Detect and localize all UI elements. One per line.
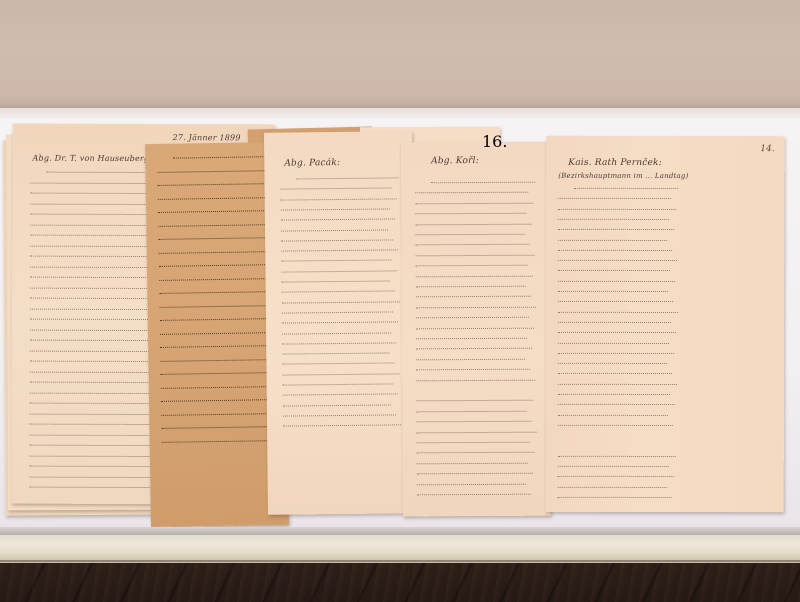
handwriting-line [416, 286, 526, 288]
handwriting-line [558, 219, 669, 220]
manuscript-sheet-4: Abg. Kořl: [401, 142, 551, 517]
handwriting-line [283, 383, 393, 385]
handwriting-line [417, 452, 535, 454]
handwriting-line [415, 192, 528, 194]
sheet-date: 27. Jänner 1899 [173, 133, 241, 142]
handwriting-line [558, 342, 669, 343]
handwriting-line [281, 198, 397, 200]
handwriting-line [417, 494, 531, 496]
handwriting-line [416, 275, 533, 277]
handwriting-line [158, 183, 276, 186]
handwriting-line [159, 278, 276, 281]
handwriting-line [283, 414, 396, 416]
handwriting-line [161, 386, 270, 389]
case-rail-shadow [0, 527, 800, 535]
display-case-rail [0, 535, 800, 562]
handwriting-line [558, 208, 676, 209]
handwriting-line [161, 372, 277, 375]
handwriting-line [558, 322, 671, 323]
handwriting-line [162, 440, 279, 443]
handwriting-line [416, 265, 528, 267]
page-number: 14. [760, 144, 774, 154]
handwriting-line [160, 318, 280, 321]
handwriting-line [416, 327, 534, 329]
manuscript-sheet-5: 14. Kais. Rath Pernček: (Bezirkshauptman… [546, 136, 785, 512]
handwriting-line [159, 251, 278, 254]
handwriting-line [157, 170, 270, 173]
handwriting-line [558, 229, 674, 230]
handwriting-line [558, 414, 668, 415]
handwriting-line [558, 404, 675, 405]
handwriting-line [416, 369, 530, 371]
handwriting-line [282, 311, 393, 313]
sheet-heading: Abg. Pacák: [284, 158, 340, 169]
handwriting-line [558, 260, 677, 261]
handwriting-line [29, 476, 168, 477]
handwriting-line [281, 249, 398, 251]
handwriting-line [431, 182, 535, 184]
handwriting-line [558, 373, 672, 374]
handwriting-line [282, 353, 389, 355]
manuscript-sheet-3: Abg. Pacák: [264, 131, 416, 515]
handwriting-line [282, 363, 394, 365]
handwriting-line [283, 404, 391, 406]
handwriting-line [558, 353, 674, 354]
sheet-heading: Kais. Rath Pernček: [568, 158, 662, 168]
handwriting-line [158, 197, 269, 200]
handwriting-line [558, 363, 667, 364]
handwriting-line [417, 442, 530, 444]
handwriting-line [415, 202, 533, 204]
handwriting-line [283, 394, 398, 396]
handwriting-line [558, 270, 670, 271]
handwriting-line [415, 213, 526, 215]
handwriting-line [282, 342, 396, 344]
handwriting-line [417, 473, 533, 475]
handwriting-line [281, 260, 391, 262]
handwriting-line [416, 359, 525, 361]
handwriting-line [281, 208, 390, 210]
handwriting-line [161, 399, 275, 402]
handwriting-line [416, 379, 535, 381]
handwriting-line [558, 497, 672, 498]
handwriting-line [416, 411, 526, 413]
handwriting-line [160, 332, 273, 335]
handwriting-line [416, 306, 536, 308]
handwriting-line [158, 224, 267, 227]
handwriting-line [558, 487, 667, 488]
handwriting-line [558, 476, 674, 477]
handwriting-line [558, 198, 671, 199]
handwriting-line [558, 384, 677, 385]
handwriting-line [282, 291, 395, 293]
handwriting-line [281, 188, 392, 190]
handwriting-line [417, 483, 526, 485]
sheet-heading: Abg. Kořl: [431, 156, 479, 166]
handwriting-line [558, 456, 676, 457]
wooden-floor [0, 563, 800, 602]
handwriting-line [416, 234, 525, 236]
handwriting-line [281, 219, 395, 221]
handwriting-line [416, 244, 530, 246]
handwriting-line [161, 413, 280, 416]
handwriting-line [282, 280, 390, 282]
page-number: 16. [482, 132, 507, 151]
handwriting-line [558, 291, 668, 292]
handwriting-line [416, 400, 533, 402]
handwriting-line [160, 345, 278, 348]
handwriting-line [417, 431, 537, 433]
handwriting-line [558, 394, 670, 395]
handwriting-line [283, 373, 400, 375]
sheet-heading: Abg. Dr. T. von Hauseuberger: [33, 154, 162, 163]
handwriting-line [558, 425, 673, 426]
gallery-wall [0, 0, 800, 112]
handwriting-line [415, 223, 531, 225]
handwriting-line [281, 239, 393, 241]
sheet-subheading: (Bezirkshauptmann im ... Landtag) [558, 172, 688, 180]
handwriting-line [416, 348, 532, 350]
handwriting-line [416, 421, 531, 423]
handwriting-line [160, 359, 271, 362]
handwriting-line [158, 237, 272, 240]
handwriting-line [416, 254, 535, 256]
handwriting-line [416, 338, 527, 340]
handwriting-line [283, 425, 401, 427]
handwriting-line [281, 270, 396, 272]
handwriting-line [558, 281, 675, 282]
handwriting-line [282, 301, 400, 303]
handwriting-line [281, 229, 388, 231]
handwriting-line [416, 296, 531, 298]
handwriting-line [173, 156, 277, 159]
handwriting-line [159, 264, 271, 267]
handwriting-line [417, 463, 528, 465]
handwriting-line [282, 322, 398, 324]
handwriting-line [574, 188, 678, 189]
handwriting-line [558, 239, 667, 240]
handwriting-line [158, 210, 274, 213]
handwriting-line [558, 332, 676, 333]
handwriting-line [558, 466, 669, 467]
handwriting-line [558, 250, 672, 251]
handwriting-line [282, 332, 391, 334]
handwriting-line [558, 311, 678, 312]
handwriting-line [161, 426, 273, 429]
handwriting-line [159, 291, 269, 294]
handwriting-line [296, 177, 398, 179]
handwriting-line [558, 301, 673, 302]
handwriting-line [160, 305, 275, 308]
handwriting-line [416, 317, 529, 319]
